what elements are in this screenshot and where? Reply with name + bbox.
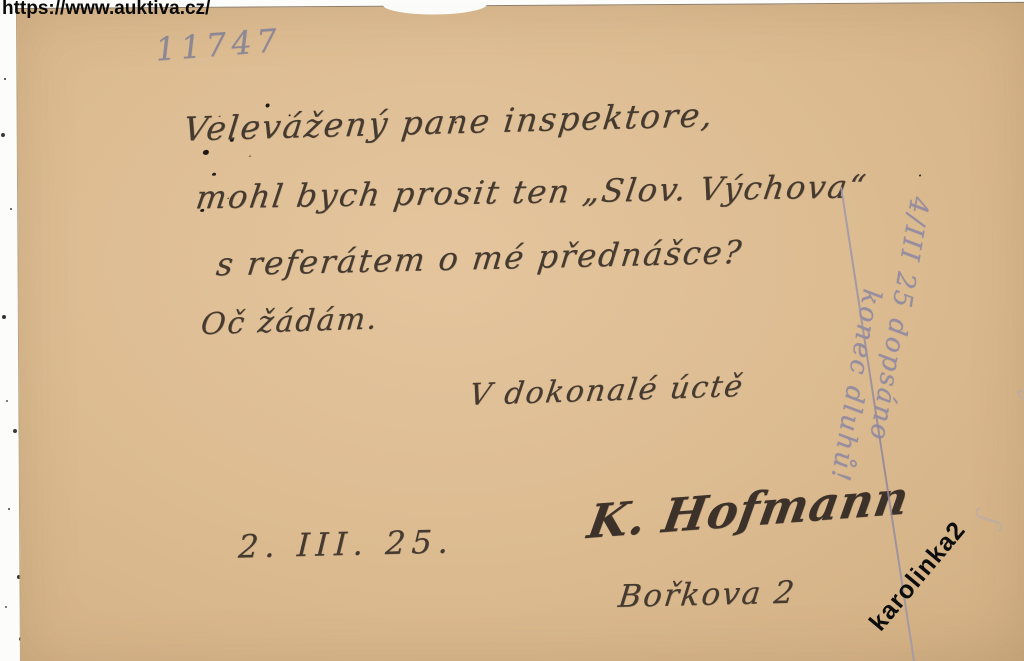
scanned-postcard-image: 11747 Velevážený pane inspektore, mohl b… <box>0 0 1024 661</box>
ink-blot-cluster <box>203 150 209 155</box>
signature-handwriting: K. Hofmann <box>584 470 914 549</box>
auction-url-watermark: https://www.auktiva.cz/ <box>2 0 210 20</box>
faint-pencil-mark: ʃ <box>972 512 1008 529</box>
faint-pencil-mark: ∿ <box>1008 377 1024 404</box>
handwriting-salutation: Velevážený pane inspektore, <box>182 95 717 148</box>
handwriting-address: Bořkova 2 <box>616 575 797 615</box>
handwriting-line-4: Oč žádám. <box>199 301 380 342</box>
scanner-dust-specks <box>4 78 6 80</box>
pencil-catalog-number: 11747 <box>154 21 283 69</box>
handwriting-line-3: s referátem o mé přednášce? <box>214 233 745 284</box>
card-edge-notch <box>383 2 487 15</box>
handwriting-date: 2. III. 25. <box>237 522 455 565</box>
faint-pencil-mark: ⌒ <box>998 253 1024 282</box>
handwriting-line-2: mohl bych prosit ten „Slov. Výchova“ <box>193 167 869 216</box>
handwriting-closing: V dokonalé úctě <box>467 369 747 413</box>
postcard: 11747 Velevážený pane inspektore, mohl b… <box>16 2 1024 661</box>
